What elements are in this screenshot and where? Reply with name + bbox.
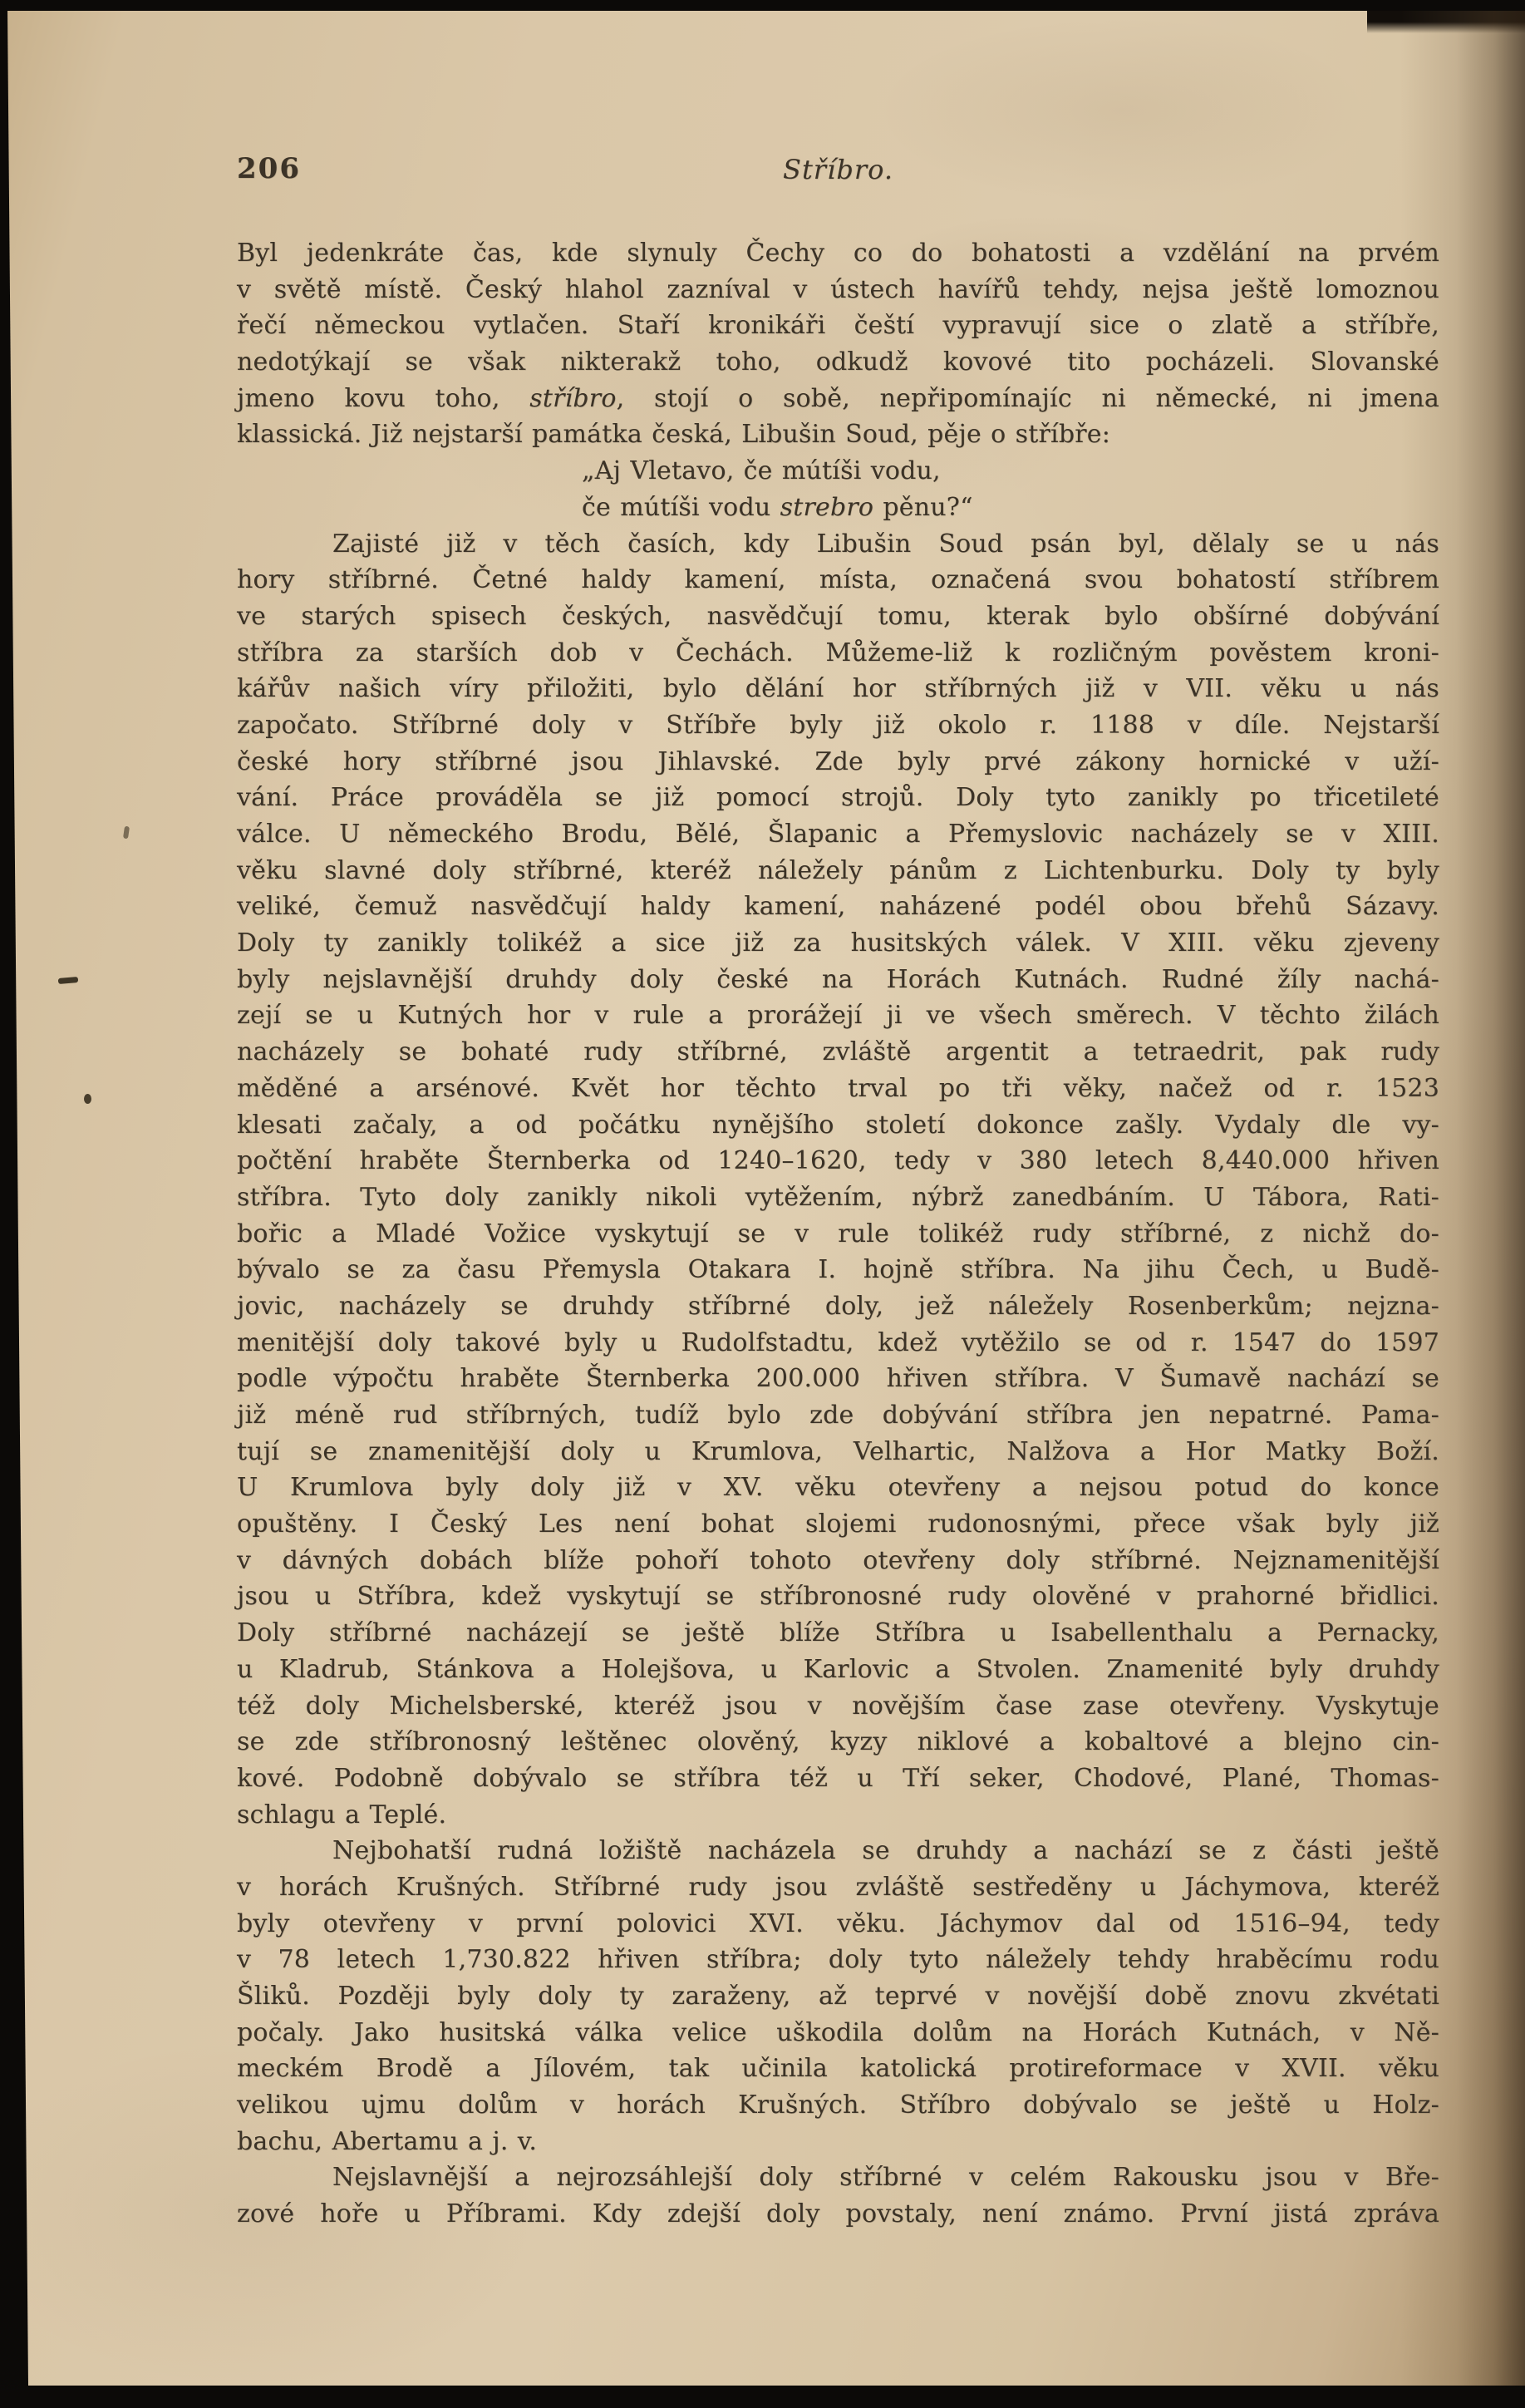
running-title: Stříbro. [783,154,893,185]
text-line: podle výpočtu hraběte Šternberka 200.000… [237,1361,1439,1397]
text-line: byly nejslavnější druhdy doly české na H… [237,962,1439,998]
text-line: nedotýkají se však nikterakž toho, odkud… [237,344,1439,381]
text-line: velikou ujmu dolům v horách Krušných. St… [237,2087,1439,2124]
text-line: Zajisté již v těch časích, kdy Libušin S… [237,526,1439,563]
text-line: veliké, čemuž nasvědčují haldy kamení, n… [237,889,1439,925]
text-line: bachu, Abertamu a j. v. [237,2124,1439,2160]
text-line: opuštěny. I Český Les není bohat slojemi… [237,1506,1439,1543]
page-number: 206 [237,152,301,185]
text-line: klassická. Již nejstarší památka česká, … [237,416,1439,453]
text-line: zové hoře u Příbrami. Kdy zdejší doly po… [237,2196,1439,2233]
text-line: nacházely se bohaté rudy stříbrné, zvláš… [237,1034,1439,1071]
poem-line: če mútíši vodu strebro pěnu?“ [582,490,1439,526]
text-line: U Krumlova byly doly již v XV. věku otev… [237,1470,1439,1506]
ink-speck [123,826,130,840]
text-line: tují se znamenitější doly u Krumlova, Ve… [237,1434,1439,1470]
body-text: Byl jedenkráte čas, kde slynuly Čechy co… [237,235,1439,2233]
text-line: Nejslavnější a nejrozsáhlejší doly stříb… [237,2159,1439,2196]
text-line: ve starých spisech českých, nasvědčují t… [237,598,1439,635]
text-line: počaly. Jako husitská válka velice uškod… [237,2015,1439,2051]
text-line: Nejbohatší rudná ložiště nacházela se dr… [237,1833,1439,1869]
text-line: Šliků. Později byly doly ty zaraženy, až… [237,1978,1439,2015]
text-line: klesati začaly, a od počátku nynějšího s… [237,1107,1439,1144]
text-line: zejí se u Kutných hor v rule a prorážejí… [237,997,1439,1034]
text-line: v dávných dobách blíže pohoří tohoto ote… [237,1543,1439,1579]
ink-speck [84,1094,91,1104]
text-line: v světě místě. Český hlahol zazníval v ú… [237,272,1439,308]
text-line: též doly Michelsberské, kteréž jsou v no… [237,1688,1439,1725]
text-line: bořic a Mladé Vožice vyskytují se v rule… [237,1216,1439,1253]
text-line: české hory stříbrné jsou Jihlavské. Zde … [237,744,1439,781]
text-line: menitější doly takové byly u Rudolfstadt… [237,1325,1439,1362]
text-line: jovic, nacházely se druhdy stříbrné doly… [237,1288,1439,1325]
text-line: se zde stříbronosný leštěnec olověný, ky… [237,1724,1439,1760]
text-line: hory stříbrné. Četné haldy kamení, místa… [237,562,1439,598]
text-line: počtění hraběte Šternberka od 1240–1620,… [237,1143,1439,1179]
text-line: kářův našich víry přiložiti, bylo dělání… [237,671,1439,707]
text-line: věku slavné doly stříbrné, kteréž náleže… [237,853,1439,889]
ink-speck [58,977,79,984]
text-line: Doly stříbrné nacházejí se ještě blíže S… [237,1615,1439,1652]
text-line: v horách Krušných. Stříbrné rudy jsou zv… [237,1869,1439,1906]
text-line: válce. U německého Brodu, Bělé, Šlapanic… [237,816,1439,853]
scan-corner-shadow [1367,11,1525,33]
text-line: měděné a arsénové. Květ hor těchto trval… [237,1071,1439,1107]
text-line: stříbra za starších dob v Čechách. Můžem… [237,635,1439,672]
text-line: vání. Práce prováděla se již pomocí stro… [237,780,1439,816]
text-line: byly otevřeny v první polovici XVI. věku… [237,1906,1439,1943]
text-line: kové. Podobně dobývalo se stříbra též u … [237,1760,1439,1797]
text-line: Byl jedenkráte čas, kde slynuly Čechy co… [237,235,1439,272]
text-line: schlagu a Teplé. [237,1797,1439,1834]
scanned-book-page: 206 Stříbro. Byl jedenkráte čas, kde sly… [0,0,1525,2408]
text-line: u Kladrub, Stánkova a Holejšova, u Karlo… [237,1652,1439,1688]
text-line: jmeno kovu toho, stříbro, stojí o sobě, … [237,381,1439,417]
text-line: jsou u Stříbra, kdež vyskytují se stříbr… [237,1578,1439,1615]
text-line: bývalo se za času Přemysla Otakara I. ho… [237,1252,1439,1288]
text-line: v 78 letech 1,730.822 hřiven stříbra; do… [237,1942,1439,1978]
text-line: Doly ty zanikly tolikéž a sice již za hu… [237,925,1439,962]
text-line: stříbra. Tyto doly zanikly nikoli vytěže… [237,1179,1439,1216]
book-page: 206 Stříbro. Byl jedenkráte čas, kde sly… [0,11,1525,2386]
text-line: řečí německou vytlačen. Staří kronikáři … [237,308,1439,344]
poem-line: „Aj Vletavo, če mútíši vodu, [582,453,1439,490]
text-line: již méně rud stříbrných, tudíž bylo zde … [237,1397,1439,1434]
text-line: započato. Stříbrné doly v Stříbře byly j… [237,707,1439,744]
page-header: 206 Stříbro. [237,152,1439,190]
text-line: meckém Brodě a Jílovém, tak učinila kato… [237,2051,1439,2087]
